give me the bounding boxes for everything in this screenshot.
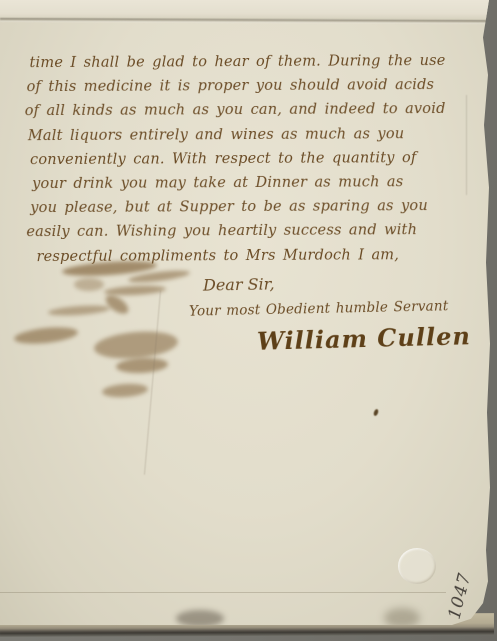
ink-blot — [48, 304, 110, 317]
letter-line: your drink you may take at Dinner as muc… — [32, 170, 472, 197]
ink-blot — [93, 328, 179, 361]
letter-line: easily can. Wishing you heartily success… — [26, 218, 472, 245]
dirt-smudge — [176, 610, 224, 627]
manuscript-photo: time I shall be glad to hear of them. Du… — [0, 0, 497, 641]
paper-crease — [0, 592, 446, 593]
ink-speck — [373, 409, 379, 417]
letter-line: Malt liquors entirely and wines as much … — [28, 121, 472, 148]
top-fold-crease — [0, 18, 491, 24]
letter-line: conveniently can. With respect to the qu… — [30, 146, 472, 173]
embossed-seal — [398, 548, 436, 584]
letter-line: time I shall be glad to hear of them. Du… — [29, 49, 471, 76]
signature-william-cullen: William Cullen — [257, 321, 471, 356]
top-fold-flap — [0, 0, 491, 19]
letter-valediction: Your most Obedient humble Servant — [189, 298, 449, 319]
letter-line: you please, but at Supper to be as spari… — [30, 194, 472, 221]
letter-page: time I shall be glad to hear of them. Du… — [0, 0, 491, 625]
letter-salutation: Dear Sir, — [203, 274, 275, 294]
ink-blot — [103, 292, 132, 318]
letter-line: of all kinds as much as you can, and ind… — [25, 97, 472, 124]
ink-blot — [74, 278, 104, 291]
paper-crease — [144, 290, 161, 474]
ink-blot — [13, 325, 78, 347]
ink-blot — [116, 357, 169, 375]
ink-blot — [102, 382, 149, 398]
letter-line: of this medicine it is proper you should… — [27, 73, 472, 100]
letter-body: time I shall be glad to hear of them. Du… — [29, 49, 472, 269]
paper-crease — [466, 95, 467, 195]
